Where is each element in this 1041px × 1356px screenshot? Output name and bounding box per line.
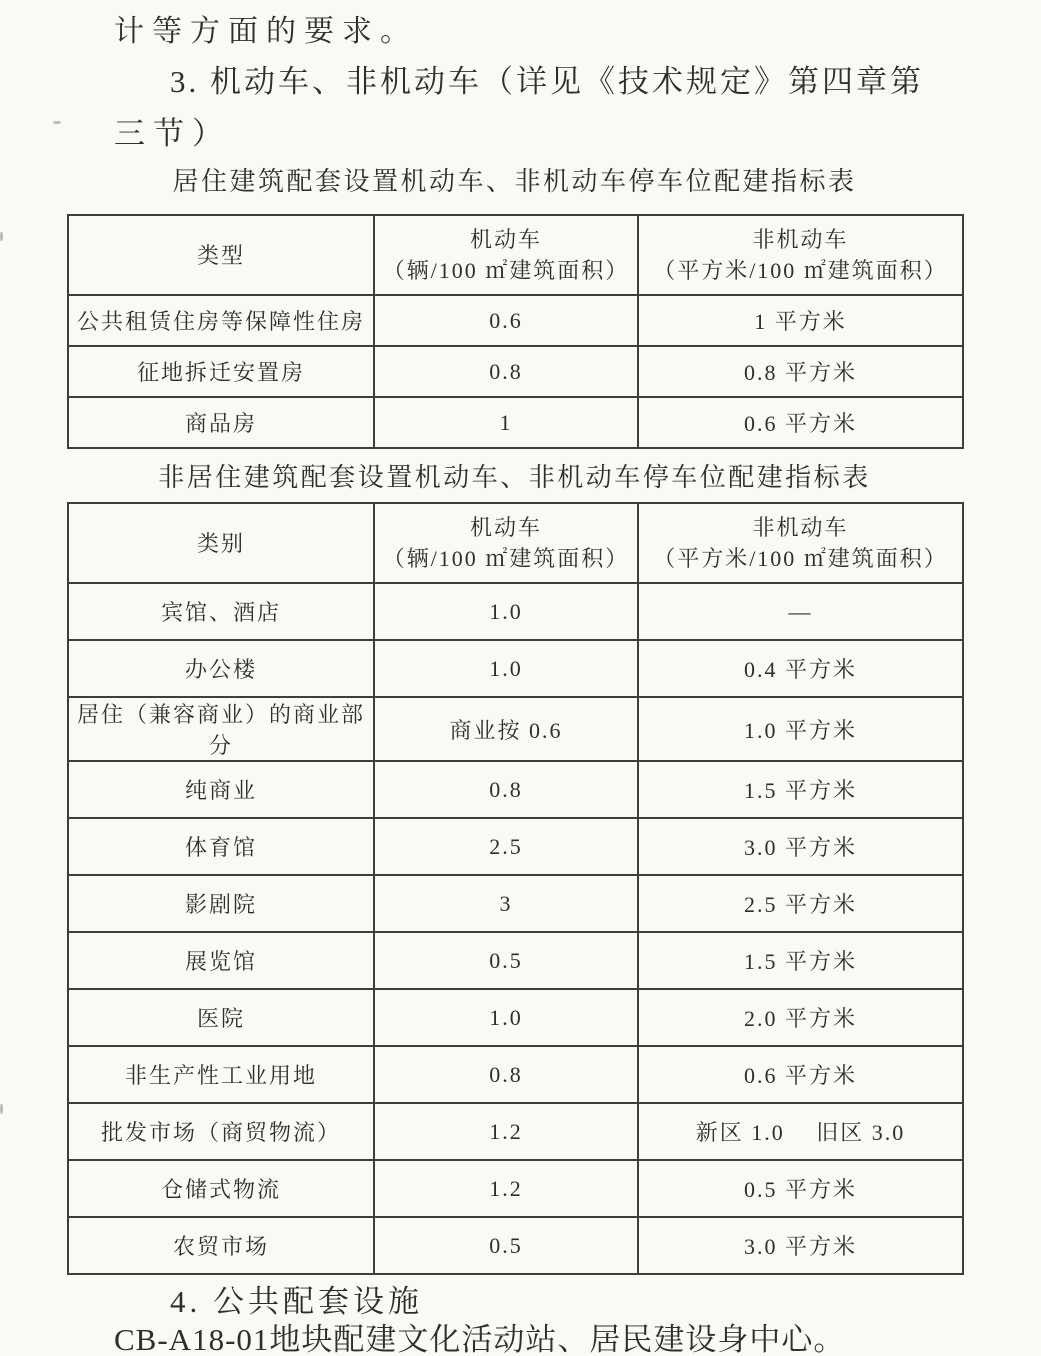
- value-cell: 0.6 平方米: [638, 1046, 963, 1103]
- value-cell: 0.4 平方米: [638, 640, 963, 697]
- table-row: 纯商业0.81.5 平方米: [68, 761, 963, 818]
- value-cell: 2.5 平方米: [638, 875, 963, 932]
- value-cell: 0.8: [374, 346, 638, 397]
- category-cell: 医院: [68, 989, 374, 1046]
- value-cell: 2.5: [374, 818, 638, 875]
- value-cell: 1.0: [374, 583, 638, 640]
- non-residential-table-header-row: 类别 机动车 （辆/100 ㎡建筑面积） 非机动车 （平方米/100 ㎡建筑面积…: [68, 503, 963, 583]
- intro-text: 计等方面的要求。: [114, 6, 418, 50]
- value-cell: 1.5 平方米: [638, 761, 963, 818]
- section3-heading-line2: 三节）: [114, 108, 231, 153]
- value-cell: 商业按 0.6: [374, 697, 638, 761]
- value-cell: 1.0: [374, 640, 638, 697]
- category-cell: 展览馆: [68, 932, 374, 989]
- table-row: 征地拆迁安置房0.80.8 平方米: [68, 346, 963, 397]
- header-cell-non-motor: 非机动车 （平方米/100 ㎡建筑面积）: [638, 215, 963, 295]
- table-row: 居住（兼容商业）的商业部分商业按 0.61.0 平方米: [68, 697, 963, 761]
- value-cell: 0.6: [374, 295, 638, 346]
- value-cell: 新区 1.0 旧区 3.0: [638, 1103, 963, 1160]
- section3-heading-line1: 3. 机动车、非机动车（详见《技术规定》第四章第: [170, 56, 924, 101]
- table-row: 宾馆、酒店1.0—: [68, 583, 963, 640]
- category-cell: 办公楼: [68, 640, 374, 697]
- header-cell-motor: 机动车 （辆/100 ㎡建筑面积）: [374, 215, 638, 295]
- value-cell: 1.0: [374, 989, 638, 1046]
- residential-table-header-row: 类型 机动车 （辆/100 ㎡建筑面积） 非机动车 （平方米/100 ㎡建筑面积…: [68, 215, 963, 295]
- value-cell: 1.5 平方米: [638, 932, 963, 989]
- category-cell: 商品房: [68, 397, 374, 448]
- value-cell: 0.5 平方米: [638, 1160, 963, 1217]
- category-cell: 宾馆、酒店: [68, 583, 374, 640]
- category-cell: 影剧院: [68, 875, 374, 932]
- value-cell: 0.8: [374, 761, 638, 818]
- value-cell: 1.2: [374, 1160, 638, 1217]
- category-cell: 公共租赁住房等保障性住房: [68, 295, 374, 346]
- value-cell: 2.0 平方米: [638, 989, 963, 1046]
- category-cell: 非生产性工业用地: [68, 1046, 374, 1103]
- non-residential-parking-table: 类别 机动车 （辆/100 ㎡建筑面积） 非机动车 （平方米/100 ㎡建筑面积…: [67, 502, 964, 1275]
- value-cell: 1.2: [374, 1103, 638, 1160]
- category-cell: 纯商业: [68, 761, 374, 818]
- category-cell: 农贸市场: [68, 1217, 374, 1274]
- table-row: 仓储式物流1.20.5 平方米: [68, 1160, 963, 1217]
- value-cell: 1.0 平方米: [638, 697, 963, 761]
- table-row: 农贸市场0.53.0 平方米: [68, 1217, 963, 1274]
- value-cell: 0.8: [374, 1046, 638, 1103]
- category-cell: 体育馆: [68, 818, 374, 875]
- table-row: 批发市场（商贸物流）1.2新区 1.0 旧区 3.0: [68, 1103, 963, 1160]
- closing-text: CB-A18-01地块配建文化活动站、居民建设身中心。: [114, 1314, 845, 1356]
- value-cell: 0.8 平方米: [638, 346, 963, 397]
- value-cell: 3.0 平方米: [638, 818, 963, 875]
- value-cell: 0.5: [374, 932, 638, 989]
- category-cell: 居住（兼容商业）的商业部分: [68, 697, 374, 761]
- residential-parking-table: 类型 机动车 （辆/100 ㎡建筑面积） 非机动车 （平方米/100 ㎡建筑面积…: [67, 214, 964, 449]
- residential-table-title: 居住建筑配套设置机动车、非机动车停车位配建指标表: [67, 161, 962, 198]
- category-cell: 批发市场（商贸物流）: [68, 1103, 374, 1160]
- table-row: 医院1.02.0 平方米: [68, 989, 963, 1046]
- table-row: 展览馆0.51.5 平方米: [68, 932, 963, 989]
- scan-artifact: [53, 121, 61, 124]
- non-residential-table-title: 非居住建筑配套设置机动车、非机动车停车位配建指标表: [67, 457, 962, 494]
- scan-artifact: [0, 232, 3, 241]
- value-cell: —: [638, 583, 963, 640]
- header-cell-category: 类别: [68, 503, 374, 583]
- value-cell: 1 平方米: [638, 295, 963, 346]
- header-cell-type: 类型: [68, 215, 374, 295]
- category-cell: 征地拆迁安置房: [68, 346, 374, 397]
- value-cell: 3: [374, 875, 638, 932]
- table-row: 办公楼1.00.4 平方米: [68, 640, 963, 697]
- table-row: 商品房10.6 平方米: [68, 397, 963, 448]
- value-cell: 0.6 平方米: [638, 397, 963, 448]
- scanned-document-page: 计等方面的要求。 3. 机动车、非机动车（详见《技术规定》第四章第 三节） 居住…: [0, 0, 1041, 1356]
- table-row: 非生产性工业用地0.80.6 平方米: [68, 1046, 963, 1103]
- scan-artifact: [0, 1104, 3, 1114]
- table-row: 体育馆2.53.0 平方米: [68, 818, 963, 875]
- value-cell: 3.0 平方米: [638, 1217, 963, 1274]
- table-row: 公共租赁住房等保障性住房0.61 平方米: [68, 295, 963, 346]
- value-cell: 1: [374, 397, 638, 448]
- table-row: 影剧院32.5 平方米: [68, 875, 963, 932]
- header-cell-non-motor: 非机动车 （平方米/100 ㎡建筑面积）: [638, 503, 963, 583]
- header-cell-motor: 机动车 （辆/100 ㎡建筑面积）: [374, 503, 638, 583]
- value-cell: 0.5: [374, 1217, 638, 1274]
- category-cell: 仓储式物流: [68, 1160, 374, 1217]
